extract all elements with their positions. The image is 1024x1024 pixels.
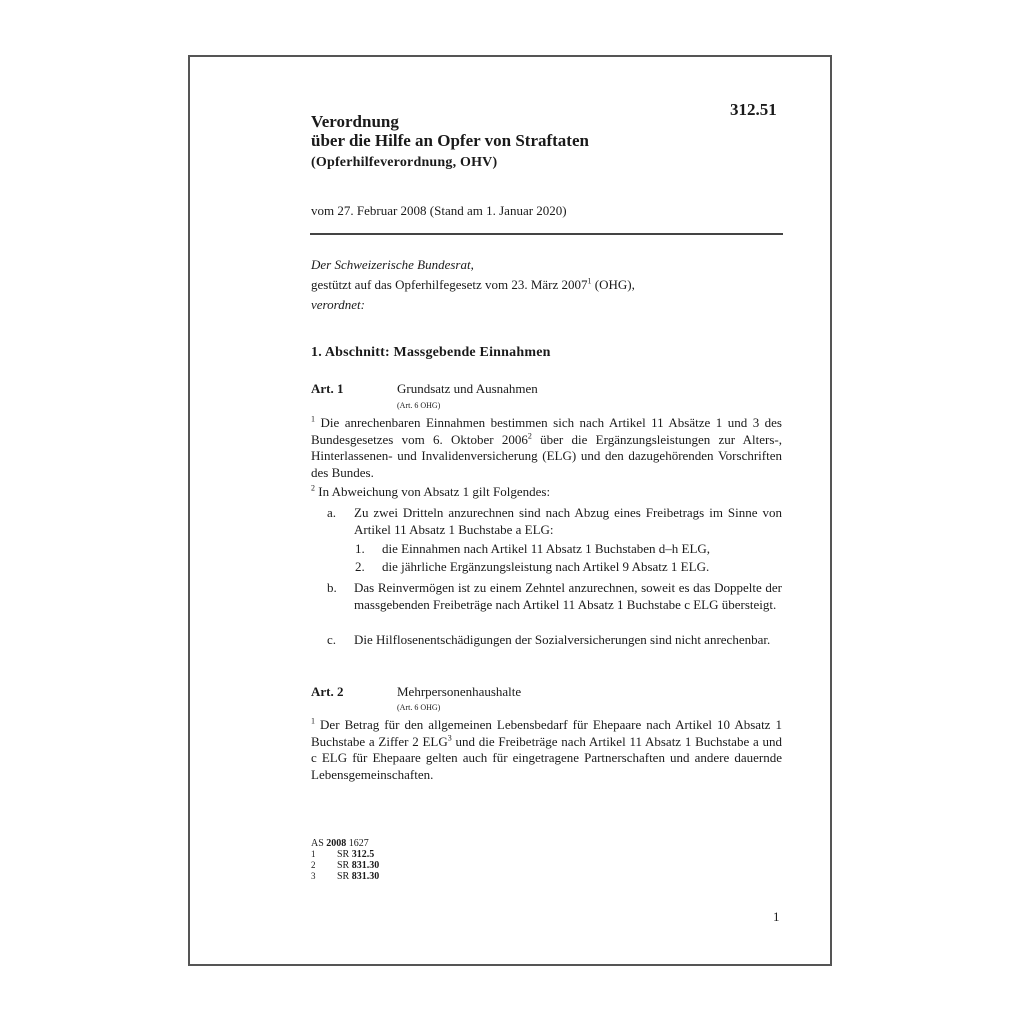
item-text-a: Zu zwei Dritteln anzurechnen sind nach A… <box>354 505 782 538</box>
title-line-1: Verordnung <box>311 112 589 131</box>
article-2-title: Mehrpersonenhaushalte <box>397 684 521 700</box>
footnote-sr-link[interactable]: 312.5 <box>352 849 375 860</box>
item-label-c: c. <box>327 632 336 648</box>
article-1-paragraph-1: 1 Die anrechenbaren Einnahmen bestimmen … <box>311 415 782 481</box>
paragraph-text: In Abweichung von Absatz 1 gilt Folgende… <box>315 484 550 499</box>
subitem-label-2: 2. <box>355 559 365 575</box>
footnote-3: 3SR 831.30 <box>311 871 379 882</box>
preamble-enacts: verordnet: <box>311 295 635 315</box>
subitem-label-1: 1. <box>355 541 365 557</box>
preamble: Der Schweizerische Bundesrat, gestützt a… <box>311 255 635 315</box>
footnote-sr-link[interactable]: 831.30 <box>352 871 380 882</box>
footnote-prefix: SR <box>337 849 352 860</box>
footnote-sr-link[interactable]: 831.30 <box>352 860 380 871</box>
as-year: 2008 <box>326 838 346 849</box>
subitem-text-2: die jährliche Ergänzungsleistung nach Ar… <box>382 559 782 576</box>
header-divider <box>310 233 783 235</box>
basis-suffix: (OHG), <box>592 277 635 292</box>
basis-text: gestützt auf das Opferhilfegesetz vom 23… <box>311 277 588 292</box>
document-title: Verordnung über die Hilfe an Opfer von S… <box>311 112 589 150</box>
article-1-reference: (Art. 6 OHG) <box>397 401 440 410</box>
sr-number: 312.51 <box>730 100 777 120</box>
article-2-number: Art. 2 <box>311 684 344 700</box>
as-page: 1627 <box>346 838 369 849</box>
footnote-2: 2SR 831.30 <box>311 860 379 871</box>
page-number: 1 <box>773 909 780 925</box>
article-2-paragraph-1: 1 Der Betrag für den allgemeinen Lebensb… <box>311 717 782 783</box>
as-reference: AS 2008 1627 <box>311 838 379 849</box>
article-1-number: Art. 1 <box>311 381 344 397</box>
footnote-number: 1 <box>311 849 337 860</box>
item-text-c: Die Hilflosenentschädigungen der Sozialv… <box>354 632 782 649</box>
footnotes: AS 2008 1627 1SR 312.5 2SR 831.30 3SR 83… <box>311 838 379 882</box>
article-1-title: Grundsatz und Ausnahmen <box>397 381 538 397</box>
footnote-number: 3 <box>311 871 337 882</box>
preamble-basis: gestützt auf das Opferhilfegesetz vom 23… <box>311 275 635 295</box>
section-heading: 1. Abschnitt: Massgebende Einnahmen <box>311 345 551 361</box>
item-text-b: Das Reinvermögen ist zu einem Zehntel an… <box>354 580 782 613</box>
preamble-authority: Der Schweizerische Bundesrat, <box>311 255 635 275</box>
title-line-2: über die Hilfe an Opfer von Straftaten <box>311 131 589 150</box>
subitem-text-1: die Einnahmen nach Artikel 11 Absatz 1 B… <box>382 541 782 558</box>
document-date: vom 27. Februar 2008 (Stand am 1. Januar… <box>311 203 567 219</box>
document-subtitle: (Opferhilfeverordnung, OHV) <box>311 155 497 171</box>
footnote-1: 1SR 312.5 <box>311 849 379 860</box>
article-1-paragraph-2: 2 In Abweichung von Absatz 1 gilt Folgen… <box>311 484 782 501</box>
article-2-reference: (Art. 6 OHG) <box>397 703 440 712</box>
item-label-a: a. <box>327 505 336 521</box>
footnote-prefix: SR <box>337 860 352 871</box>
footnote-prefix: SR <box>337 871 352 882</box>
as-prefix: AS <box>311 838 326 849</box>
footnote-number: 2 <box>311 860 337 871</box>
item-label-b: b. <box>327 580 337 596</box>
